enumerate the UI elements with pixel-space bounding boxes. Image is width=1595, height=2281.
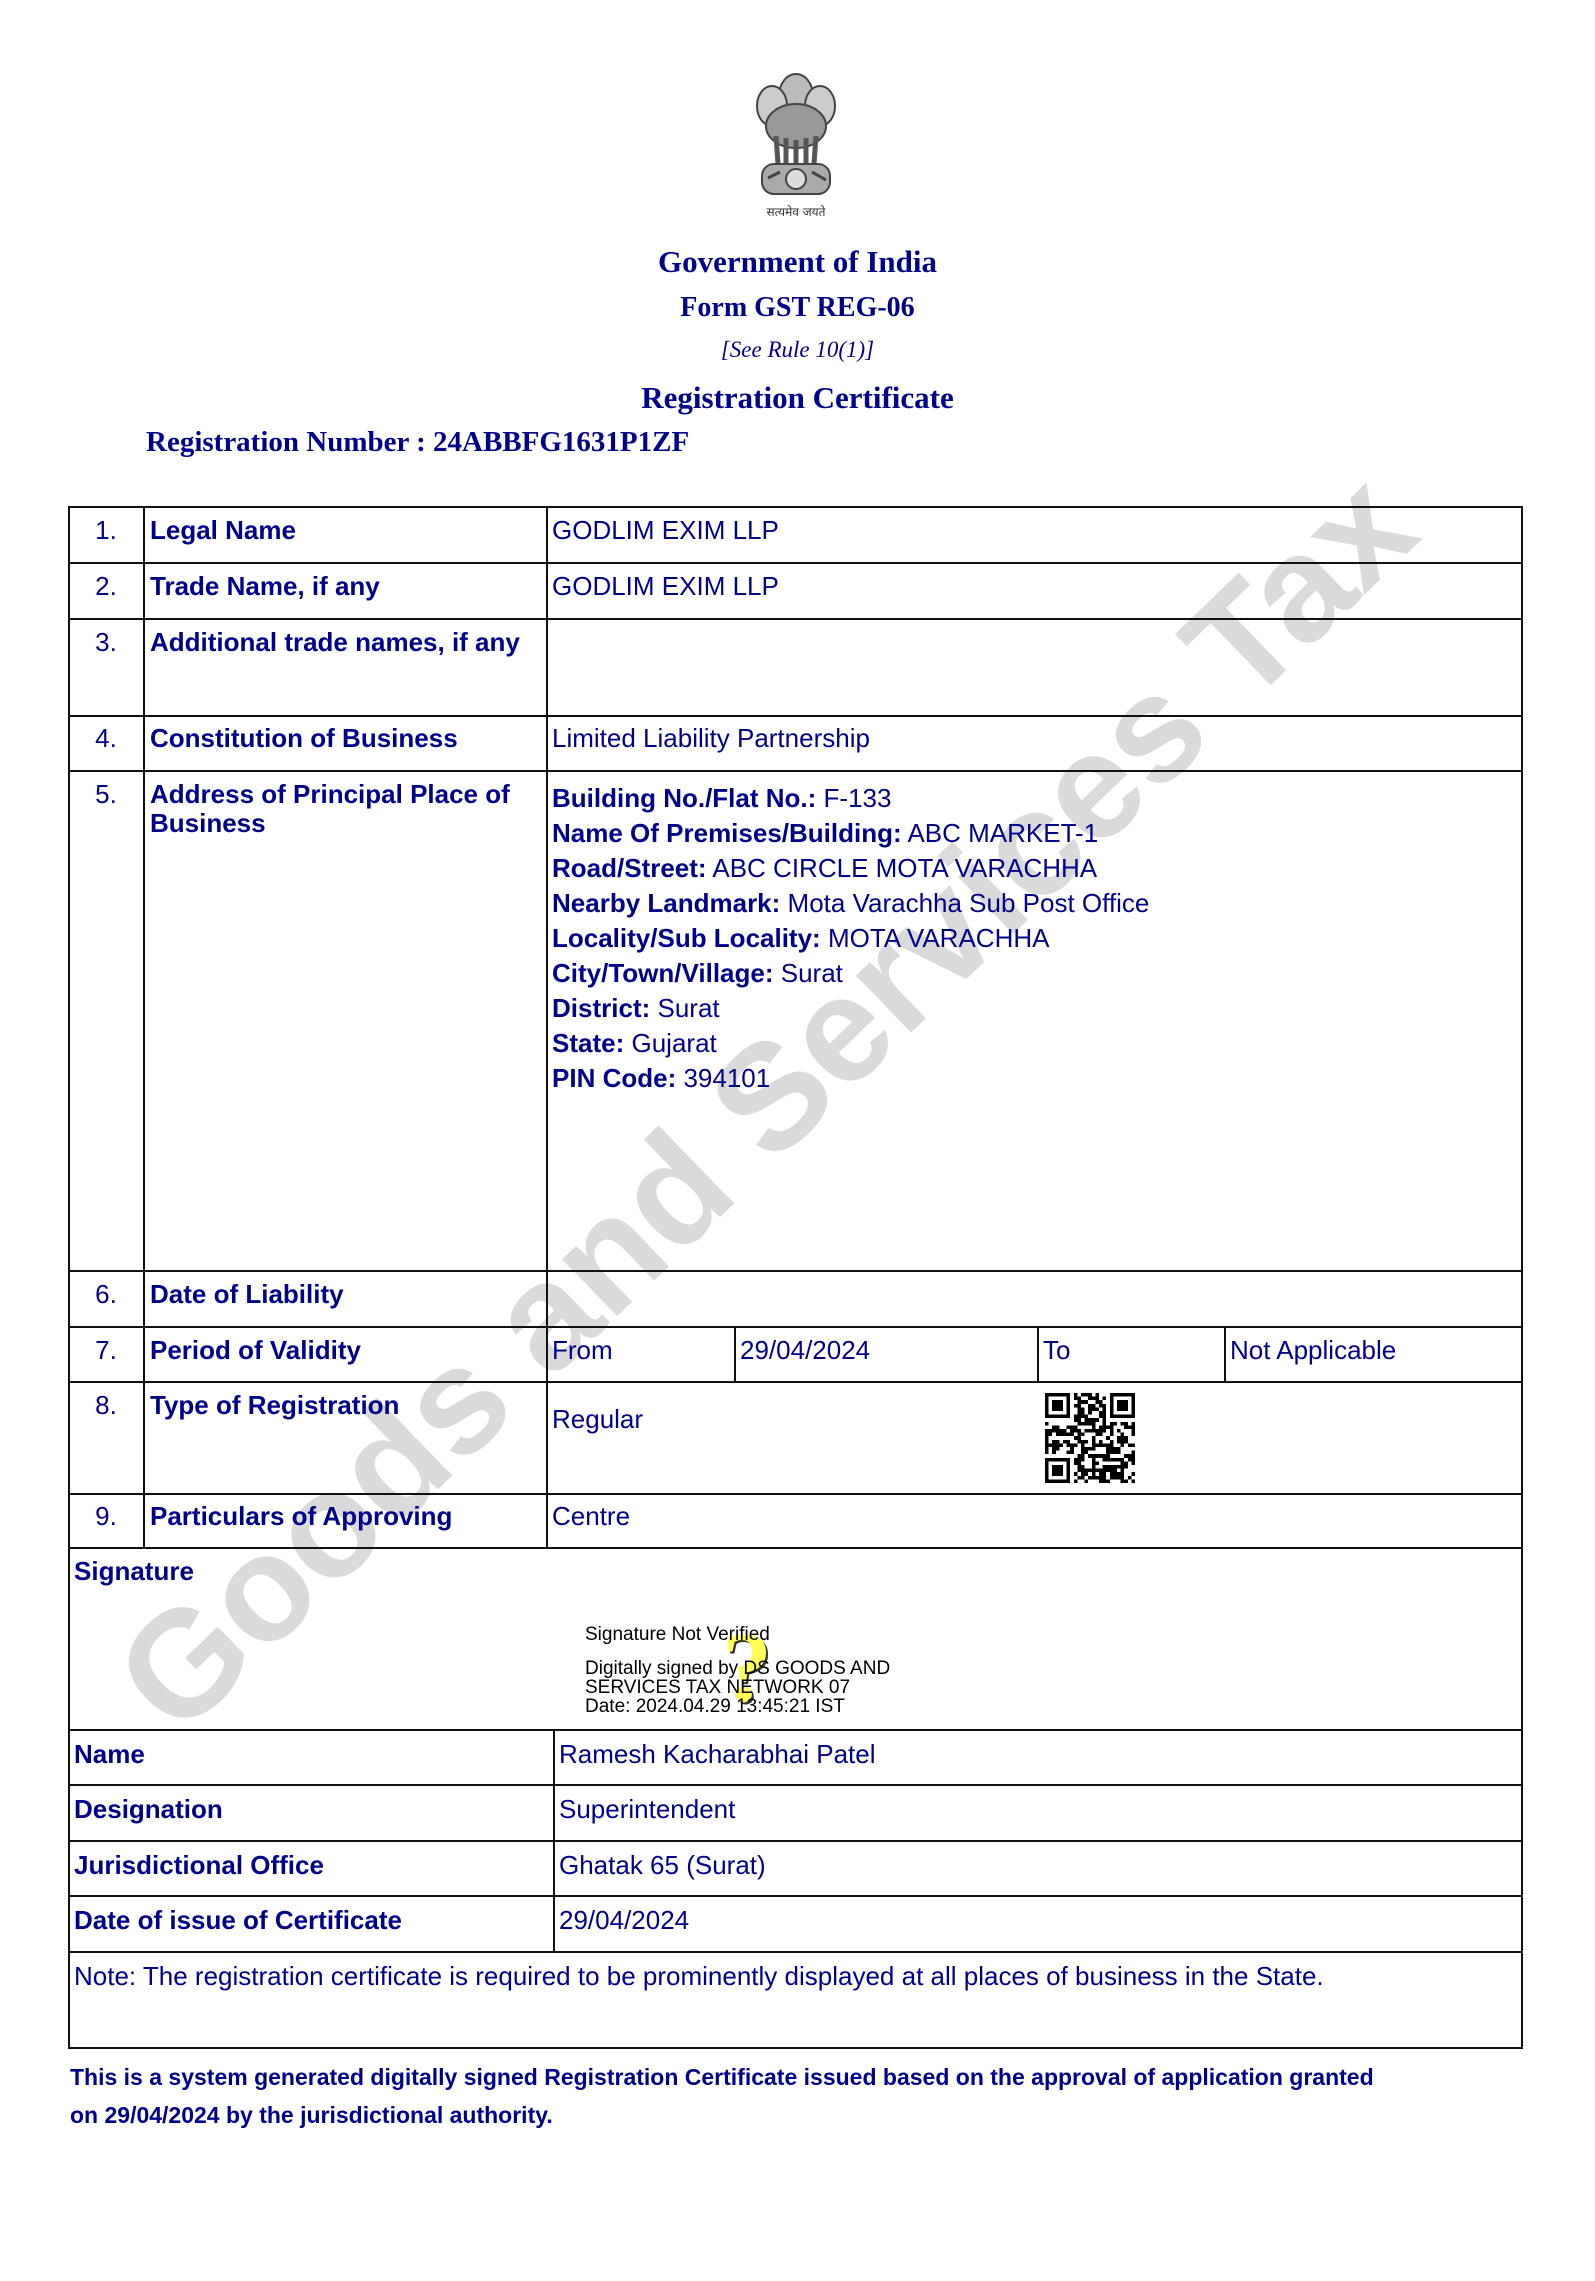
rule-reference: [See Rule 10(1)] xyxy=(0,337,1595,363)
validity-from-label: From xyxy=(552,1336,613,1365)
row-divider xyxy=(68,1840,1523,1842)
registration-number-value: 24ABBFG1631P1ZF xyxy=(433,426,689,458)
row-divider xyxy=(68,1381,1523,1383)
field-label-address: Address of Principal Place of Business xyxy=(150,780,540,838)
row-divider xyxy=(68,1270,1523,1272)
field-label-period-of-validity: Period of Validity xyxy=(150,1336,540,1365)
row-number: 6. xyxy=(68,1280,144,1309)
row-divider xyxy=(68,1729,1523,1731)
address-line: State: Gujarat xyxy=(552,1026,1149,1061)
table-border xyxy=(1521,506,1523,2049)
officer-label-date-of-issue: Date of issue of Certificate xyxy=(74,1906,402,1935)
address-line: Building No./Flat No.: F-133 xyxy=(552,781,1149,816)
address-line: City/Town/Village: Surat xyxy=(552,956,1149,991)
officer-value-date-of-issue: 29/04/2024 xyxy=(559,1906,689,1935)
validity-to-label: To xyxy=(1043,1336,1070,1365)
column-divider xyxy=(1224,1326,1226,1382)
address-line: Locality/Sub Locality: MOTA VARACHHA xyxy=(552,921,1149,956)
officer-label-designation: Designation xyxy=(74,1795,223,1824)
column-divider xyxy=(553,1729,555,1951)
address-line: PIN Code: 394101 xyxy=(552,1061,1149,1096)
officer-value-name: Ramesh Kacharabhai Patel xyxy=(559,1740,876,1769)
field-label-legal-name: Legal Name xyxy=(150,516,540,545)
footer-line-1: This is a system generated digitally sig… xyxy=(70,2064,1374,2091)
signature-signer-line1: Digitally signed by DS GOODS AND xyxy=(585,1659,890,1678)
column-divider xyxy=(734,1326,736,1382)
validity-from-date: 29/04/2024 xyxy=(740,1336,870,1365)
field-label-date-of-liability: Date of Liability xyxy=(150,1280,540,1309)
signature-status: Signature Not Verified xyxy=(585,1625,770,1644)
certificate-title: Registration Certificate xyxy=(0,380,1595,416)
row-divider xyxy=(68,1326,1523,1328)
address-line: Nearby Landmark: Mota Varachha Sub Post … xyxy=(552,886,1149,921)
row-divider xyxy=(68,715,1523,717)
government-heading: Government of India xyxy=(0,244,1595,280)
signature-signer-line2: SERVICES TAX NETWORK 07 xyxy=(585,1678,850,1697)
row-number: 9. xyxy=(68,1502,144,1531)
address-line: District: Surat xyxy=(552,991,1149,1026)
field-label-particulars-of-approving: Particulars of Approving xyxy=(150,1502,540,1531)
footer-line-2: on 29/04/2024 by the jurisdictional auth… xyxy=(70,2102,553,2129)
field-value-constitution: Limited Liability Partnership xyxy=(552,724,870,753)
row-divider xyxy=(68,770,1523,772)
signature-label: Signature xyxy=(74,1557,194,1586)
field-value-particulars-of-approving: Centre xyxy=(552,1502,630,1531)
row-number: 1. xyxy=(68,516,144,545)
row-divider xyxy=(68,1547,1523,1549)
row-divider xyxy=(68,1784,1523,1786)
row-divider xyxy=(68,1951,1523,1953)
column-divider xyxy=(546,506,548,1548)
validity-to-date: Not Applicable xyxy=(1230,1336,1396,1365)
officer-label-name: Name xyxy=(74,1740,145,1769)
row-number: 4. xyxy=(68,724,144,753)
field-label-trade-name: Trade Name, if any xyxy=(150,572,540,601)
address-block: Building No./Flat No.: F-133 Name Of Pre… xyxy=(552,781,1149,1096)
row-number: 3. xyxy=(68,628,144,657)
table-border xyxy=(68,506,1523,508)
field-label-constitution: Constitution of Business xyxy=(150,724,540,753)
field-value-trade-name: GODLIM EXIM LLP xyxy=(552,572,779,601)
field-value-type-of-registration: Regular xyxy=(552,1405,643,1434)
officer-label-jurisdictional-office: Jurisdictional Office xyxy=(74,1851,324,1880)
officer-value-jurisdictional-office: Ghatak 65 (Surat) xyxy=(559,1851,766,1880)
qr-code-icon xyxy=(1045,1393,1135,1483)
row-number: 2. xyxy=(68,572,144,601)
table-border xyxy=(68,2047,1523,2049)
address-line: Name Of Premises/Building: ABC MARKET-1 xyxy=(552,816,1149,851)
row-divider xyxy=(68,562,1523,564)
registration-number-label: Registration Number : xyxy=(146,426,426,458)
column-divider xyxy=(1037,1326,1039,1382)
row-divider xyxy=(68,1895,1523,1897)
field-value-legal-name: GODLIM EXIM LLP xyxy=(552,516,779,545)
registration-number: Registration Number : 24ABBFG1631P1ZF xyxy=(146,426,689,459)
field-label-type-of-registration: Type of Registration xyxy=(150,1391,540,1420)
form-heading: Form GST REG-06 xyxy=(0,292,1595,324)
row-number: 8. xyxy=(68,1391,144,1420)
emblem-motto: सत्यमेव जयते xyxy=(735,203,857,220)
national-emblem-icon xyxy=(750,66,842,206)
note-text: Note: The registration certificate is re… xyxy=(74,1962,1324,1991)
address-line: Road/Street: ABC CIRCLE MOTA VARACHHA xyxy=(552,851,1149,886)
signature-date: Date: 2024.04.29 13:45:21 IST xyxy=(585,1697,845,1716)
officer-value-designation: Superintendent xyxy=(559,1795,735,1824)
row-number: 7. xyxy=(68,1336,144,1365)
row-number: 5. xyxy=(68,780,144,809)
row-divider xyxy=(68,1493,1523,1495)
row-divider xyxy=(68,618,1523,620)
field-label-additional-trade-names: Additional trade names, if any xyxy=(150,628,540,657)
